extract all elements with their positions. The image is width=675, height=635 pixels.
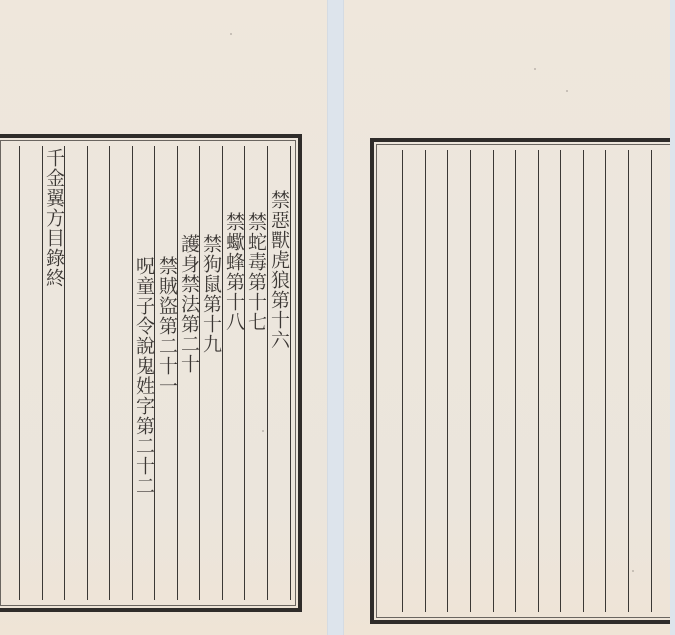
left-page-border-frame: 禁惡獸虎狼第十六 禁蛇毒第十七 禁蠍蜂第十八 禁狗鼠第十九 護身禁法第二十 禁賊…: [0, 134, 302, 612]
toc-entry: 禁賊盜第二十一: [156, 256, 178, 396]
column-rule: [177, 146, 178, 600]
page-gutter: [327, 0, 344, 635]
column-rule: [267, 146, 268, 600]
viewer-edge: [670, 0, 675, 635]
right-page-border-frame: [370, 138, 675, 624]
toc-entry: 呪童子令說鬼姓字第二十二: [133, 256, 155, 496]
toc-entry: 禁狗鼠第十九: [200, 234, 222, 354]
column-rule: [493, 150, 494, 612]
paper-speck: [566, 90, 568, 92]
left-page: 禁惡獸虎狼第十六 禁蛇毒第十七 禁蠍蜂第十八 禁狗鼠第十九 護身禁法第二十 禁賊…: [0, 0, 327, 635]
paper-speck: [534, 68, 536, 70]
toc-end-title: 千金翼方目錄終: [43, 148, 65, 288]
paper-speck: [230, 33, 232, 35]
column-rule: [199, 146, 200, 600]
column-rule: [470, 150, 471, 612]
column-rule: [560, 150, 561, 612]
column-rule: [538, 150, 539, 612]
column-rule: [132, 146, 133, 600]
column-rule: [651, 150, 652, 612]
toc-entry: 禁蠍蜂第十八: [223, 212, 245, 332]
paper-speck: [632, 570, 634, 572]
column-rule: [628, 150, 629, 612]
column-rule: [425, 150, 426, 612]
toc-entry: 禁惡獸虎狼第十六: [268, 190, 290, 350]
paper-speck: [262, 430, 264, 432]
column-rule: [583, 150, 584, 612]
column-rule: [290, 146, 291, 600]
right-page: [344, 0, 670, 635]
column-rule: [605, 150, 606, 612]
column-rule: [87, 146, 88, 600]
column-rule: [402, 150, 403, 612]
column-rule: [64, 146, 65, 600]
column-rule: [222, 146, 223, 600]
toc-entry: 禁蛇毒第十七: [245, 212, 267, 332]
column-rule: [515, 150, 516, 612]
column-rule: [109, 146, 110, 600]
column-rule: [19, 146, 20, 600]
column-rule: [447, 150, 448, 612]
column-rule: [244, 146, 245, 600]
toc-entry: 護身禁法第二十: [178, 234, 200, 374]
column-rule: [42, 146, 43, 600]
column-rule: [154, 146, 155, 600]
